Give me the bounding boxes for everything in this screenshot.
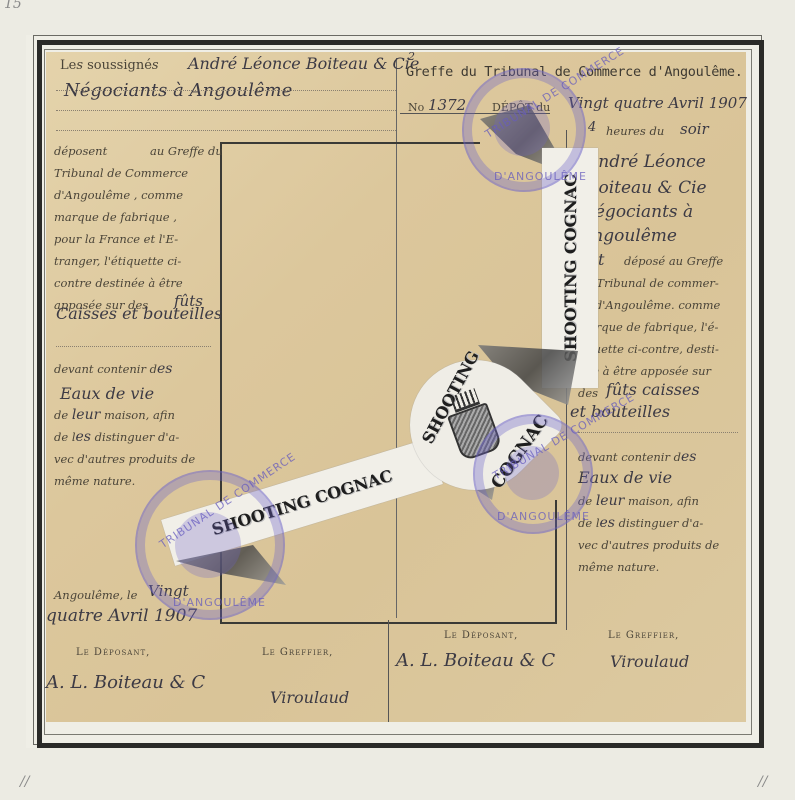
name-hand-2: Boiteau & Cie (586, 178, 707, 198)
body-rest: au Greffe du (150, 140, 223, 163)
deposant-signature-right: A. L. Boiteau & C (396, 650, 555, 671)
deposant-label-left: Le Déposant, (76, 647, 150, 658)
corner-mark: 2 (408, 50, 415, 63)
place-date: Angoulême, le (54, 584, 137, 607)
hand-text: es (600, 515, 615, 531)
stamp-tribunal-left: TRIBUNAL DE COMMERCE D'ANGOULÊME (135, 470, 285, 620)
body-line: déposent (54, 144, 107, 158)
body-line: ce d'Angoulême. comme (578, 294, 720, 317)
printed-text: distinguer d'a- (619, 516, 704, 530)
hand-text: leur (596, 493, 624, 509)
stamp-text: D'ANGOULÊME (173, 596, 266, 609)
stamp-text: D'ANGOULÊME (494, 170, 587, 183)
greffier-label-left: Le Greffier, (262, 647, 333, 658)
greffier-signature-left: Viroulaud (270, 688, 349, 707)
body-line: déposé au Greffe (624, 250, 723, 273)
body-line: pour la France et l'E- (54, 228, 178, 251)
hand-text: es (157, 361, 172, 377)
devant-contenir: devant contenir des (54, 358, 173, 381)
printed-text: maison, afin (104, 408, 175, 422)
hand-text: leur (72, 407, 100, 423)
depositor-name: André Léonce Boiteau & Cie (188, 54, 419, 73)
pencil-mark-left: // (20, 774, 29, 790)
dotted-line (578, 432, 738, 433)
autres-line: vec d'autres produits de (54, 448, 195, 471)
printed-text: devant contenir d (578, 450, 681, 464)
number-label: No (408, 96, 424, 119)
intro-line: Les soussignés (60, 54, 159, 77)
stamp-emblem (494, 100, 550, 156)
greffier-signature-right: Viroulaud (610, 652, 689, 671)
body-line: d'Angoulême , comme (54, 184, 183, 207)
printed-text: devant contenir d (54, 362, 157, 376)
stamp-tribunal-center: TRIBUNAL DE COMMERCE D'ANGOULÊME (473, 414, 593, 534)
dotted-line (56, 130, 396, 131)
pencil-mark-right: // (758, 774, 767, 790)
printed-text: distinguer d'a- (95, 430, 180, 444)
deposant-signature-left: A. L. Boiteau & C (46, 672, 205, 693)
number-value: 1372 (428, 96, 466, 114)
le-text: Le (60, 58, 76, 73)
body-line: tiquette ci-contre, desti- (578, 338, 719, 361)
stamp-emblem (505, 446, 559, 500)
dotted-line (56, 110, 396, 111)
devant-contenir-right: devant contenir des (578, 446, 697, 469)
soussigne-text: soussigné (87, 58, 152, 73)
de-leur-line-right: de leur maison, afin (578, 490, 699, 513)
deposant-label-right: Le Déposant, (444, 630, 518, 641)
body-line: contre destinée à être (54, 272, 183, 295)
plural-s: s (152, 58, 159, 73)
name-hand-1: André Léonce (586, 152, 706, 172)
hand-containers: Caisses et bouteilles (56, 304, 222, 323)
hand-text: es (681, 449, 696, 465)
body-line: tranger, l'étiquette ci- (54, 250, 181, 273)
hand-contents: Eaux de vie (60, 384, 154, 403)
nature-line-right: même nature. (578, 556, 659, 579)
body-line: marque de fabrique , (54, 206, 177, 229)
plural-s: s (76, 58, 83, 73)
printed-text: maison, afin (628, 494, 699, 508)
stamp-tribunal-top: TRIBUNAL DE COMMERCE D'ANGOULÊME (462, 68, 586, 192)
body-line: Tribunal de Commerce (54, 162, 188, 185)
printed-text: de (54, 408, 68, 422)
stamp-emblem (175, 512, 241, 578)
de-les-line: de les distinguer d'a- (54, 426, 179, 449)
greffier-label-right: Le Greffier, (608, 630, 679, 641)
dotted-line (56, 346, 211, 347)
hour-value: 4 (588, 120, 596, 135)
de-les-line-right: de les distinguer d'a- (578, 512, 703, 535)
body-line: marque de fabrique, l'é- (578, 316, 718, 339)
nature-line: même nature. (54, 470, 135, 493)
body-line: du Tribunal de commer- (578, 272, 719, 295)
hand-text: es (76, 429, 91, 445)
de-leur-line: de leur maison, afin (54, 404, 175, 427)
label-box-top (220, 142, 480, 144)
corner-pencil-note: 15 (4, 0, 22, 12)
stamp-text: D'ANGOULÊME (497, 510, 590, 523)
hour-label: heures du (606, 120, 664, 143)
signature-divider (388, 620, 389, 722)
autres-line-right: vec d'autres produits de (578, 534, 719, 557)
printed-text: de l (54, 430, 76, 444)
hour-period: soir (680, 120, 709, 138)
dotted-line (56, 90, 396, 91)
depot-date: Vingt quatre Avril 1907 (568, 94, 747, 112)
